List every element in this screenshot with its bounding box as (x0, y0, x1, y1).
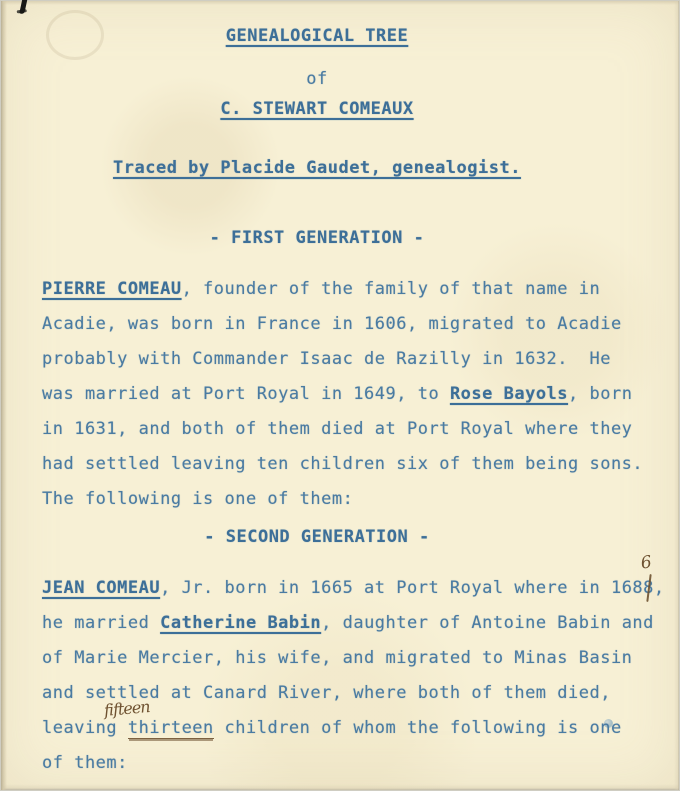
section-heading-first-generation: - FIRST GENERATION - (42, 228, 592, 248)
text-segment: leaving (42, 718, 128, 738)
text-segment: Acadie, was born in France in 1606, migr… (42, 314, 622, 334)
text-segment: Rose Bayols (450, 384, 568, 404)
text-line: of them: (42, 746, 648, 781)
section-heading-second-generation: - SECOND GENERATION - (42, 527, 592, 547)
text-segment: , (654, 578, 665, 598)
text-segment: in 1631, and both of them died at Port R… (42, 419, 632, 439)
document-subtitle: of (42, 69, 592, 89)
text-segment: The following is one of them: (42, 489, 353, 509)
text-segment: had settled leaving ten children six of … (42, 454, 643, 474)
text-segment: he married (42, 613, 160, 633)
text-segment: Catherine Babin (160, 613, 321, 633)
document-byline: Traced by Placide Gaudet, genealogist. (42, 158, 592, 178)
document-subject-name: C. STEWART COMEAUX (42, 99, 592, 119)
text-segment: children of whom the following is one (214, 718, 622, 738)
text-segment: , founder of the family of that name in (182, 279, 601, 299)
text-segment: PIERRE COMEAU (42, 279, 182, 299)
text-line: PIERRE COMEAU, founder of the family of … (42, 272, 648, 307)
text-line: in 1631, and both of them died at Port R… (42, 412, 648, 447)
text-segment: , daughter of Antoine Babin and (321, 613, 654, 633)
text-segment: of Marie Mercier, his wife, and migrated… (42, 648, 632, 668)
text-line: was married at Port Royal in 1649, to Ro… (42, 377, 648, 412)
text-segment: probably with Commander Isaac de Razilly… (42, 349, 611, 369)
text-line: of Marie Mercier, his wife, and migrated… (42, 641, 648, 676)
document-title: GENEALOGICAL TREE (42, 26, 592, 46)
text-segment: of them: (42, 753, 128, 773)
text-segment: was married at Port Royal in 1649, to (42, 384, 450, 404)
text-segment: , Jr. born in 1665 at Port Royal where i… (160, 578, 643, 598)
text-line: Acadie, was born in France in 1606, migr… (42, 307, 648, 342)
pen-mark (19, 0, 27, 14)
text-line: probably with Commander Isaac de Razilly… (42, 342, 648, 377)
text-line: JEAN COMEAU, Jr. born in 1665 at Port Ro… (42, 571, 648, 606)
document-page: GENEALOGICAL TREE of C. STEWART COMEAUX … (0, 0, 680, 791)
text-segment: , born (568, 384, 632, 404)
handwritten-correction: 6 (640, 554, 652, 572)
text-line: The following is one of them: (42, 482, 648, 517)
text-line: leaving thirteenfifteen children of whom… (42, 711, 648, 746)
handwritten-correction: fifteen (103, 699, 150, 720)
text-line: had settled leaving ten children six of … (42, 447, 648, 482)
text-segment: thirteenfifteen (128, 718, 214, 739)
paragraph-second-generation: JEAN COMEAU, Jr. born in 1665 at Port Ro… (42, 571, 648, 781)
text-segment: JEAN COMEAU (42, 578, 160, 598)
paragraph-first-generation: PIERRE COMEAU, founder of the family of … (42, 272, 648, 517)
text-line: he married Catherine Babin, daughter of … (42, 606, 648, 641)
text-segment: 86 (643, 578, 654, 598)
